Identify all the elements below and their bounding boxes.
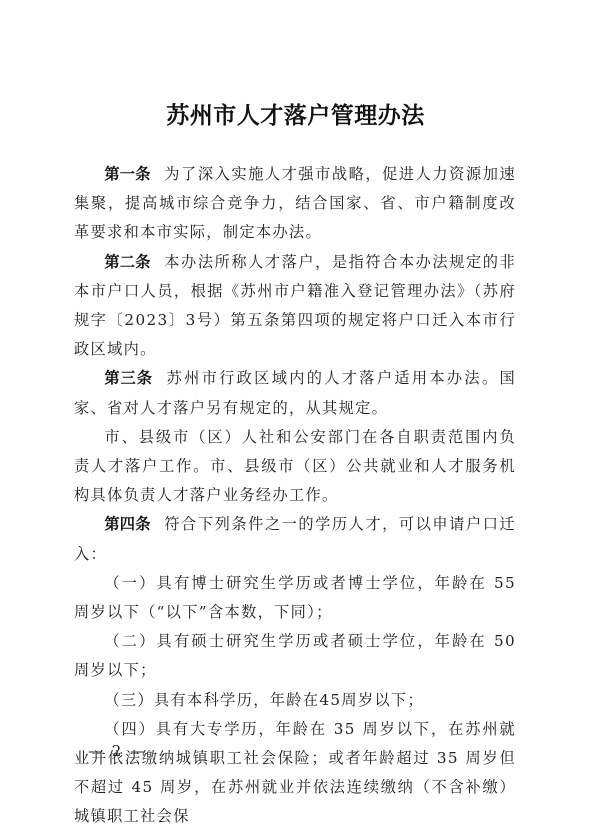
item-text: （二）具有硕士研究生学历或者硕士学位，年龄在 50 周岁以下；: [74, 632, 516, 679]
article-1: 第一条为了深入实施人才强市战略，促进人力资源加速集聚，提高城市综合竞争力，结合国…: [74, 160, 516, 248]
page-number: — 2 —: [88, 742, 147, 760]
article-heading: 第二条: [104, 253, 150, 271]
article-3-paragraph-2: 市、县级市（区）人社和公安部门在各自职责范围内负责人才落户工作。市、县级市（区）…: [74, 423, 516, 511]
article-4-item-4: （四）具有大专学历，年龄在 35 周岁以下，在苏州就业并依法缴纳城镇职工社会保险…: [74, 715, 516, 832]
document-body: 第一条为了深入实施人才强市战略，促进人力资源加速集聚，提高城市综合竞争力，结合国…: [74, 160, 516, 832]
article-4-item-3: （三）具有本科学历，年龄在45周岁以下；: [74, 686, 516, 715]
item-text: （一）具有博士研究生学历或者博士学位，年龄在 55 周岁以下（“以下”含本数，下…: [74, 574, 516, 621]
article-2: 第二条本办法所称人才落户，是指符合本办法规定的非本市户口人员，根据《苏州市户籍准…: [74, 248, 516, 365]
paragraph-text: 市、县级市（区）人社和公安部门在各自职责范围内负责人才落户工作。市、县级市（区）…: [74, 428, 516, 504]
article-4-item-1: （一）具有博士研究生学历或者博士学位，年龄在 55 周岁以下（“以下”含本数，下…: [74, 569, 516, 627]
article-heading: 第四条: [104, 515, 150, 533]
article-heading: 第三条: [104, 369, 153, 387]
article-4: 第四条符合下列条件之一的学历人才，可以申请户口迁入：: [74, 510, 516, 568]
article-3: 第三条苏州市行政区域内的人才落户适用本办法。国家、省对人才落户另有规定的，从其规…: [74, 364, 516, 422]
item-text: （三）具有本科学历，年龄在45周岁以下；: [104, 691, 424, 709]
article-4-item-2: （二）具有硕士研究生学历或者硕士学位，年龄在 50 周岁以下；: [74, 627, 516, 685]
item-text: （四）具有大专学历，年龄在 35 周岁以下，在苏州就业并依法缴纳城镇职工社会保险…: [74, 720, 516, 826]
document-page: 苏州市人才落户管理办法 第一条为了深入实施人才强市战略，促进人力资源加速集聚，提…: [0, 0, 591, 836]
article-heading: 第一条: [104, 165, 150, 183]
document-title: 苏州市人才落户管理办法: [0, 97, 591, 130]
